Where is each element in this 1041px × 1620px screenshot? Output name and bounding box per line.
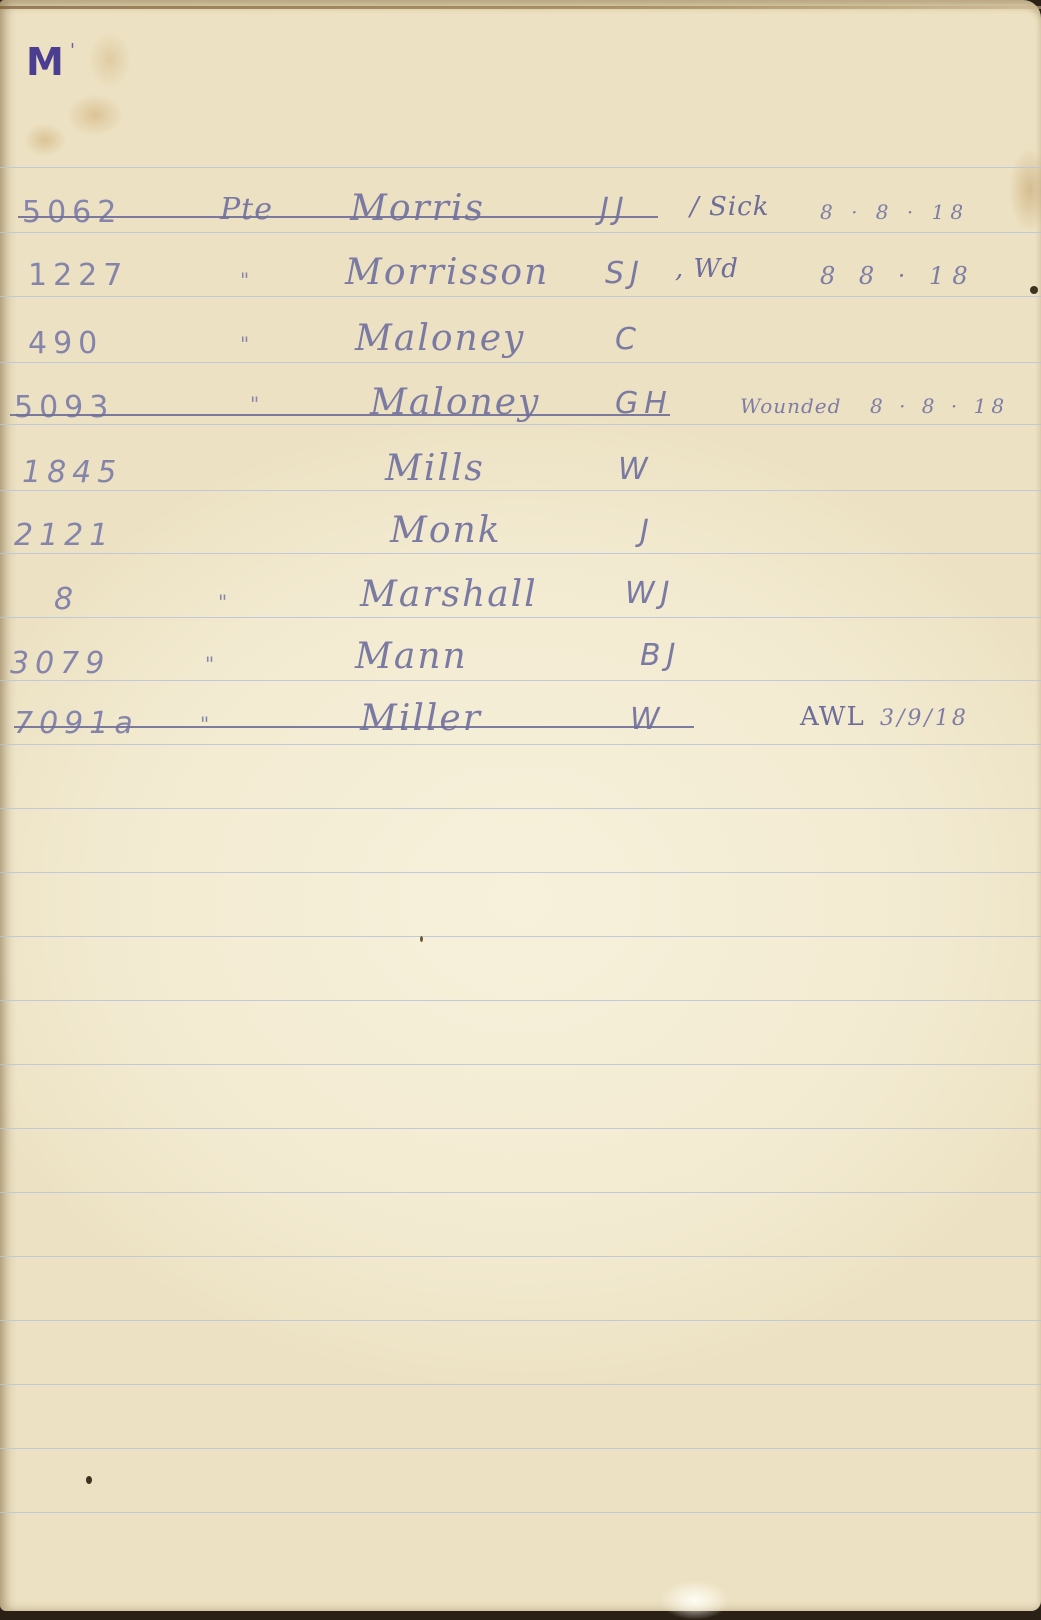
ruled-line — [0, 1128, 1041, 1129]
notebook-page: M ' 5062 Pte Morris JJ / Sick 8 · 8 · 18… — [0, 0, 1041, 1611]
ruled-line — [0, 424, 1041, 425]
ruled-line — [0, 490, 1041, 491]
ruled-line — [0, 1192, 1041, 1193]
service-number: 490 — [28, 326, 103, 361]
initials: BJ — [640, 638, 681, 673]
ditto-mark: " — [205, 652, 215, 676]
ruled-line — [0, 744, 1041, 745]
ruled-line — [0, 1064, 1041, 1065]
remark: AWL — [800, 702, 865, 732]
service-number: 2121 — [14, 518, 114, 553]
service-number: 8 — [54, 582, 79, 617]
strikethrough-line — [14, 726, 694, 728]
initials: JJ — [600, 192, 630, 227]
remark-date: 3/9/18 — [880, 706, 969, 731]
remark: / Sick — [690, 192, 769, 222]
ruled-line — [0, 680, 1041, 681]
ruled-line — [0, 617, 1041, 618]
service-number: 5062 — [22, 195, 122, 230]
ruled-line — [0, 1256, 1041, 1257]
ditto-mark: " — [218, 590, 228, 614]
paper-speck — [420, 936, 423, 942]
remark-date: 8 8 · 18 — [820, 262, 976, 290]
strikethrough-line — [10, 414, 670, 416]
photo-glare — [660, 1580, 730, 1611]
initials: W — [630, 702, 666, 737]
paper-speck — [86, 1476, 92, 1484]
rank: Pte — [220, 192, 273, 227]
ditto-mark: " — [250, 392, 260, 416]
index-mark: ' — [70, 40, 75, 61]
surname: Marshall — [360, 574, 538, 615]
ditto-mark: " — [240, 332, 250, 356]
surname: Monk — [390, 510, 502, 551]
initials: WJ — [625, 576, 676, 611]
initials: C — [615, 322, 642, 357]
ruled-line — [0, 1512, 1041, 1513]
ruled-line — [0, 872, 1041, 873]
ruled-line — [0, 553, 1041, 554]
initials: W — [618, 452, 654, 487]
index-letter: M — [26, 40, 64, 84]
service-number: 1227 — [28, 258, 128, 293]
remark: , Wd — [675, 254, 739, 284]
surname: Maloney — [355, 318, 525, 359]
page-top-edge — [0, 6, 1041, 9]
service-number: 1845 — [22, 455, 122, 490]
surname: Mills — [385, 448, 485, 489]
ruled-line — [0, 296, 1041, 297]
surname: Morrisson — [345, 252, 549, 293]
strikethrough-line — [18, 216, 658, 218]
initials: J — [640, 514, 655, 549]
ruled-line — [0, 1384, 1041, 1385]
ruled-line — [0, 232, 1041, 233]
surname: Mann — [355, 636, 468, 677]
ditto-mark: " — [200, 712, 210, 736]
ruled-line — [0, 808, 1041, 809]
remark: Wounded — [740, 394, 841, 418]
ruled-line — [0, 167, 1041, 168]
paper-speck — [1030, 286, 1038, 294]
ruled-line — [0, 936, 1041, 937]
remark-date: 8 · 8 · 18 — [820, 200, 969, 224]
ruled-line — [0, 1320, 1041, 1321]
service-number: 5093 — [14, 390, 114, 425]
ruled-line — [0, 1000, 1041, 1001]
service-number: 7091a — [14, 706, 139, 741]
surname: Miller — [360, 698, 482, 739]
ditto-mark: " — [240, 268, 250, 292]
service-number: 3079 — [10, 646, 110, 681]
surname: Maloney — [370, 382, 540, 423]
surname: Morris — [350, 188, 485, 229]
ruled-line — [0, 362, 1041, 363]
remark-date: 8 · 8 · 18 — [870, 394, 1009, 418]
initials: SJ — [605, 256, 645, 291]
ruled-line — [0, 1448, 1041, 1449]
